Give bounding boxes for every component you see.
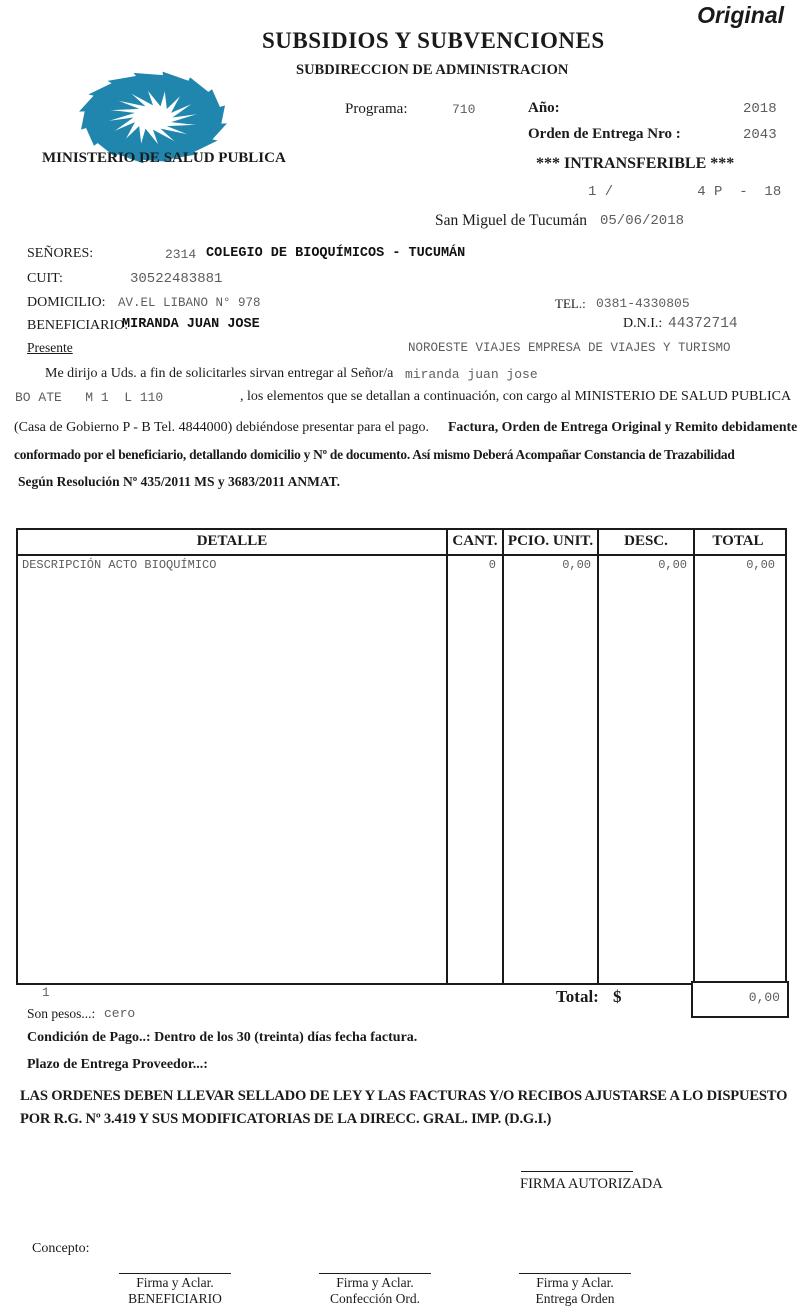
table-divider — [693, 530, 695, 983]
senores-code: 2314 — [165, 247, 196, 262]
currency-symbol: $ — [613, 987, 622, 1007]
presente-label: Presente — [27, 340, 73, 356]
table-divider — [597, 530, 599, 983]
col-header-detalle: DETALLE — [18, 533, 446, 550]
cuit-value: 30522483881 — [130, 271, 222, 287]
plazo-entrega-text: Plazo de Entrega Proveedor...: — [27, 1057, 208, 1073]
senores-label: SEÑORES: — [27, 246, 93, 262]
tel-value: 0381-4330805 — [596, 296, 690, 311]
signature-caption: Firma y Aclar. — [505, 1275, 645, 1291]
signature-caption: Firma y Aclar. — [105, 1275, 245, 1291]
signature-line — [519, 1273, 631, 1274]
firma-autorizada-line — [521, 1171, 633, 1172]
son-pesos-label: Son pesos...: — [27, 1006, 95, 1022]
legal-line-2: POR R.G. Nº 3.419 Y SUS MODIFICATORIAS D… — [20, 1111, 551, 1128]
signature-block-entrega: Firma y Aclar. Entrega Orden — [505, 1273, 645, 1307]
son-pesos-value: cero — [104, 1006, 135, 1021]
agency-name: NOROESTE VIAJES EMPRESA DE VIAJES Y TURI… — [408, 341, 731, 355]
row-cant: 0 — [448, 558, 496, 572]
date-value: 05/06/2018 — [600, 213, 684, 229]
signature-block-beneficiario: Firma y Aclar. BENEFICIARIO — [105, 1273, 245, 1307]
cuit-label: CUIT: — [27, 271, 63, 287]
signature-role: Entrega Orden — [505, 1291, 645, 1307]
table-header-border — [18, 554, 785, 556]
tel-label: TEL.: — [555, 296, 586, 312]
concepto-label: Concepto: — [32, 1241, 90, 1257]
row-total: 0,00 — [695, 558, 775, 572]
table-divider — [446, 530, 448, 983]
city-label: San Miguel de Tucumán — [435, 212, 587, 230]
pago-bold-text: Factura, Orden de Entrega Original y Rem… — [448, 419, 797, 435]
col-header-total: TOTAL — [695, 533, 781, 550]
anio-value: 2018 — [743, 101, 777, 117]
total-value: 0,00 — [693, 983, 787, 1005]
resolucion-text: Según Resolución Nº 435/2011 MS y 3683/2… — [18, 474, 340, 490]
signature-caption: Firma y Aclar. — [305, 1275, 445, 1291]
document-page: Original SUBSIDIOS Y SUBVENCIONES SUBDIR… — [0, 0, 800, 1312]
beneficiario-label: BENEFICIARIO: — [27, 318, 128, 334]
intro-beneficiary-name: miranda juan jose — [405, 367, 538, 382]
programa-value: 710 — [452, 102, 475, 117]
conformado-text: conformado por el beneficiario, detallan… — [14, 447, 735, 463]
signature-role: BENEFICIARIO — [105, 1291, 245, 1307]
col-header-desc: DESC. — [599, 533, 693, 550]
detail-table: DETALLE CANT. PCIO. UNIT. DESC. TOTAL DE… — [16, 528, 787, 985]
page-footer-number: 1 — [42, 986, 50, 1000]
condicion-pago-text: Condición de Pago..: Dentro de los 30 (t… — [27, 1030, 417, 1046]
orden-entrega-value: 2043 — [743, 127, 777, 143]
beneficiario-value: MIRANDA JUAN JOSE — [122, 317, 260, 332]
intransferible-label: *** INTRANSFERIBLE *** — [536, 155, 734, 173]
pago-text: (Casa de Gobierno P - B Tel. 4844000) de… — [14, 420, 429, 436]
dni-value: 44372714 — [668, 316, 738, 332]
total-label: Total: — [556, 987, 599, 1007]
legal-line-1: LAS ORDENES DEBEN LLEVAR SELLADO DE LEY … — [20, 1088, 787, 1105]
row-desc: 0,00 — [599, 558, 687, 572]
programa-label: Programa: — [345, 101, 407, 118]
col-header-pcio-unit: PCIO. UNIT. — [504, 533, 597, 550]
ministry-name: MINISTERIO DE SALUD PUBLICA — [42, 150, 286, 167]
row-detalle: DESCRIPCIÓN ACTO BIOQUÍMICO — [22, 558, 216, 572]
anio-label: Año: — [528, 100, 560, 117]
code-line: BO ATE M 1 L 110 — [15, 390, 163, 405]
firma-autorizada-label: FIRMA AUTORIZADA — [520, 1176, 663, 1193]
signature-block-confeccion: Firma y Aclar. Confección Ord. — [305, 1273, 445, 1307]
dni-label: D.N.I.: — [623, 316, 662, 332]
page-subtitle: SUBDIRECCION DE ADMINISTRACION — [296, 62, 568, 79]
senores-name: COLEGIO DE BIOQUÍMICOS - TUCUMÁN — [206, 246, 465, 261]
signature-line — [119, 1273, 231, 1274]
page-title: SUBSIDIOS Y SUBVENCIONES — [262, 28, 605, 54]
table-divider — [502, 530, 504, 983]
orden-entrega-label: Orden de Entrega Nro : — [528, 126, 681, 143]
signature-role: Confección Ord. — [305, 1291, 445, 1307]
row-pcio-unit: 0,00 — [504, 558, 591, 572]
total-box: 0,00 — [691, 981, 789, 1018]
page-number-line: 1 / 4 P - 18 — [588, 184, 781, 200]
domicilio-label: DOMICILIO: — [27, 295, 106, 311]
domicilio-value: AV.EL LIBANO N° 978 — [118, 296, 261, 310]
intro-text: Me dirijo a Uds. a fin de solicitarles s… — [45, 366, 393, 382]
intro-continuation: , los elementos que se detallan a contin… — [240, 389, 791, 405]
copy-type-label: Original — [697, 2, 784, 29]
col-header-cant: CANT. — [448, 533, 502, 550]
signature-line — [319, 1273, 431, 1274]
